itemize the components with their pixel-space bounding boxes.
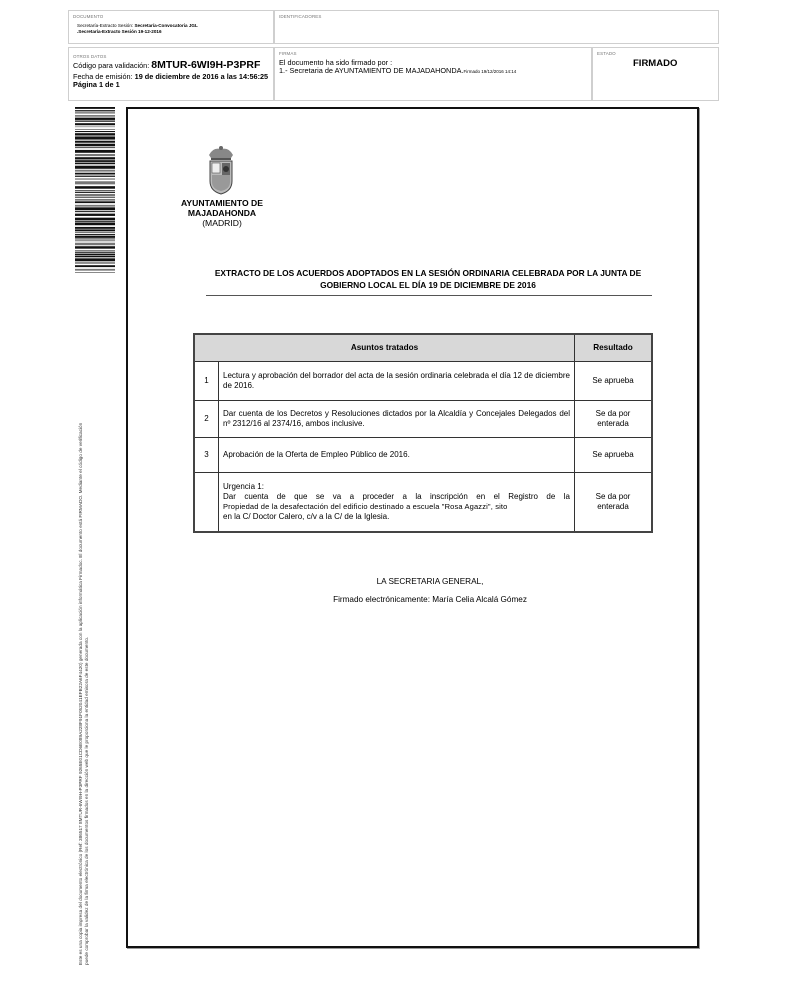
table-header-row: Asuntos tratados Resultado <box>194 334 652 362</box>
firmas-label: FIRMAS <box>279 51 297 56</box>
asuntos-table: Asuntos tratados Resultado 1 Lectura y a… <box>193 333 653 533</box>
codigo-validacion: Código para validación: 8MTUR-6WI9H-P3PR… <box>73 61 260 70</box>
codigo-value: 8MTUR-6WI9H-P3PRF <box>151 59 260 71</box>
documento-value: Secretaría-Extracto Sesión: Secretaría-C… <box>77 23 198 35</box>
header-resultado: Resultado <box>575 334 653 362</box>
otros-datos-box: OTROS DATOS Código para validación: 8MTU… <box>68 47 274 101</box>
documento-box: DOCUMENTO Secretaría-Extracto Sesión: Se… <box>68 10 274 44</box>
side-legal-text: Este es una copia impresa del documento … <box>78 265 90 965</box>
barcode-icon <box>75 107 115 273</box>
title-divider <box>206 295 652 296</box>
entity-name: AYUNTAMIENTO DE MAJADAHONDA (MADRID) <box>166 198 278 228</box>
firmante: 1.- Secretaria de AYUNTAMIENTO DE MAJADA… <box>279 66 516 76</box>
signature-role: LA SECRETARIA GENERAL, <box>290 577 570 586</box>
signature-signed-by: Firmado electrónicamente: María Celia Al… <box>270 595 590 604</box>
table-row: 3 Aprobación de la Oferta de Empleo Públ… <box>194 438 652 473</box>
firmas-box: FIRMAS El documento ha sido firmado por … <box>274 47 592 101</box>
coat-of-arms-icon <box>203 145 239 195</box>
otros-datos-label: OTROS DATOS <box>73 54 106 59</box>
estado-label: ESTADO <box>597 51 616 56</box>
documento-label: DOCUMENTO <box>73 14 103 19</box>
table-row: 1 Lectura y aprobación del borrador del … <box>194 362 652 401</box>
identificadores-box: IDENTIFICADORES <box>274 10 719 44</box>
identificadores-label: IDENTIFICADORES <box>279 14 322 19</box>
document-title: EXTRACTO DE LOS ACUERDOS ADOPTADOS EN LA… <box>198 268 658 291</box>
table-row: 2 Dar cuenta de los Decretos y Resolucio… <box>194 401 652 438</box>
table-row: Urgencia 1: Dar cuenta de que se va a pr… <box>194 473 652 533</box>
estado-value: FIRMADO <box>633 58 677 69</box>
header-asuntos: Asuntos tratados <box>194 334 575 362</box>
estado-box: ESTADO FIRMADO <box>592 47 719 101</box>
pagina-indicator: Página 1 de 1 <box>73 80 120 89</box>
